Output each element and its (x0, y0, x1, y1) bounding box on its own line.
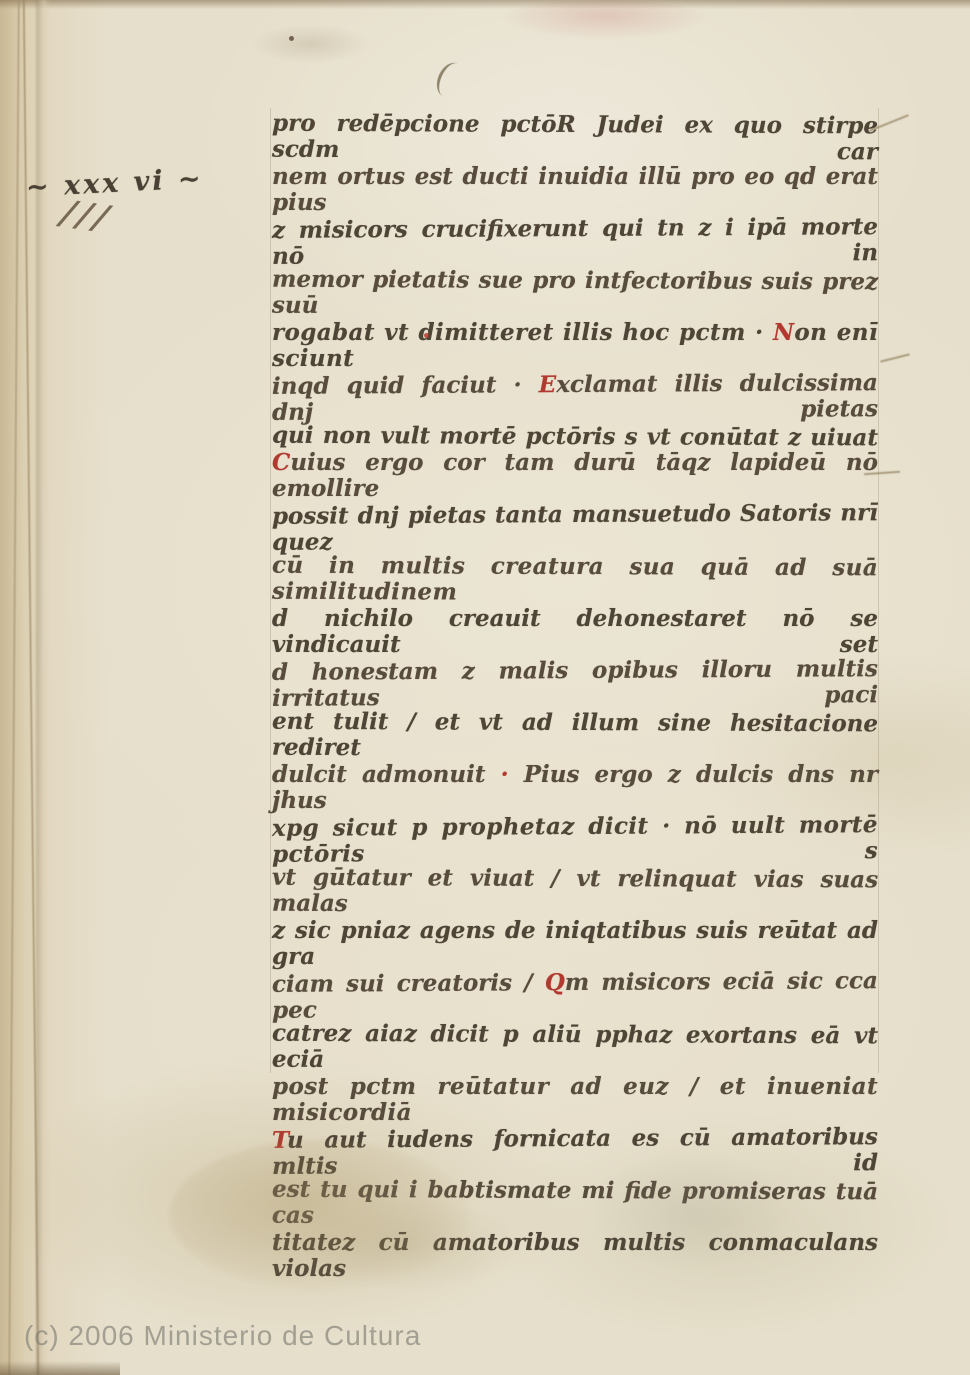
ruling-line-left (270, 108, 271, 1073)
page-bottom-edge-shadow (0, 1361, 120, 1375)
rubricated-initial: N (773, 319, 794, 346)
manuscript-line: d honestam z malis opibus illoru multis … (272, 656, 878, 712)
red-ink-offset-stain (500, 0, 710, 40)
line-text: ciam sui creatoris / (272, 969, 545, 998)
rubricated-initial: · (485, 761, 523, 788)
ruling-line-right (878, 108, 879, 1073)
folio-number: ~ xxx vi ~ (25, 164, 196, 204)
manuscript-line: z misicors crucifixerunt qui tn z i ipā … (272, 214, 878, 270)
line-text: d nichilo creauit dehonestaret nō se vin… (272, 605, 878, 658)
line-text: vt gūtatur et viuat / vt relinquat vias … (272, 864, 878, 917)
manuscript-line: Cuius ergo cor tam durū tāqz lapideū nō … (272, 450, 878, 502)
top-smudge (250, 24, 370, 64)
text-block: pro redēpcione pctōR Judei ex quo stirpe… (272, 112, 878, 1064)
manuscript-line: Tu aut iudens fornicata es cū amatoribus… (272, 1124, 878, 1180)
line-text: d honestam z malis opibus illoru multis … (272, 655, 878, 712)
line-text: nem ortus est ducti inuidia illū pro eo … (272, 163, 878, 216)
pen-flourish-mark (432, 58, 469, 101)
manuscript-line: catrez aiaz dicit p aliū pphaz exortans … (272, 1021, 878, 1076)
manuscript-line: vt gūtatur et viuat / vt relinquat vias … (272, 865, 878, 920)
manuscript-line: titatez cū amatoribus multis conmaculans… (272, 1230, 878, 1282)
manuscript-line: est tu qui i babtismate mi fide promiser… (272, 1177, 878, 1232)
margin-pen-stroke (880, 353, 910, 362)
line-text: inqd quid faciut · (272, 371, 539, 400)
manuscript-line: z sic pniaz agens de iniqtatibus suis re… (272, 918, 878, 970)
manuscript-line: pro redēpcione pctōR Judei ex quo stirpe… (272, 111, 878, 166)
manuscript-line: xpg sicut p prophetaz dicit · nō uult mo… (272, 812, 878, 868)
red-ink-dot (424, 333, 429, 338)
manuscript-line: rogabat vt dimitteret illis hoc pctm · N… (272, 320, 878, 372)
line-text: uius ergo cor tam durū tāqz lapideū nō e… (272, 449, 878, 502)
manuscript-line: ciam sui creatoris / Qm misicors eciā si… (272, 968, 878, 1024)
manuscript-line: post pctm reūtatur ad euz / et inueniat … (272, 1074, 878, 1126)
line-text: xpg sicut p prophetaz dicit · nō uult mo… (272, 811, 878, 868)
rubricated-initial: C (272, 449, 290, 476)
manuscript-line: qui non vult mortē pctōris s vt conūtat … (272, 423, 878, 452)
manuscript-line: d nichilo creauit dehonestaret nō se vin… (272, 606, 878, 658)
manuscript-page-scan: ~ xxx vi ~ /// pro redēpcione pctōR Jude… (0, 0, 970, 1375)
manuscript-line: dulcit admonuit · Pius ergo z dulcis dns… (272, 762, 878, 814)
line-text: z sic pniaz agens de iniqtatibus suis re… (272, 917, 878, 970)
rubricated-initial: E (539, 371, 557, 398)
line-text: est tu qui i babtismate mi fide promiser… (272, 1176, 878, 1229)
manuscript-line: possit dnj pietas tanta mansuetudo Sator… (272, 500, 878, 556)
copyright-watermark: (c) 2006 Ministerio de Cultura (24, 1320, 421, 1352)
rubricated-initial: T (272, 1127, 287, 1154)
line-text: u aut iudens fornicata es cū amatoribus … (272, 1123, 878, 1180)
line-text: possit dnj pietas tanta mansuetudo Sator… (272, 499, 878, 556)
line-text: catrez aiaz dicit p aliū pphaz exortans … (272, 1020, 878, 1073)
manuscript-line: ent tulit / et vt ad illum sine hesitaci… (272, 709, 878, 764)
line-text: cū in multis creatura sua quā ad suā sim… (272, 552, 878, 606)
line-text: pro redēpcione pctōR Judei ex quo stirpe… (272, 110, 878, 166)
rubricated-initial: Q (545, 969, 565, 996)
line-text: memor pietatis sue pro intfectoribus sui… (272, 266, 878, 319)
line-text: z misicors crucifixerunt qui tn z i ipā … (272, 213, 878, 270)
line-text: ent tulit / et vt ad illum sine hesitaci… (272, 708, 878, 761)
line-text: qui non vult mortē pctōris s vt conūtat … (272, 422, 878, 452)
line-text: dulcit admonuit (272, 761, 485, 788)
manuscript-line: cū in multis creatura sua quā ad suā sim… (272, 553, 878, 608)
manuscript-line: memor pietatis sue pro intfectoribus sui… (272, 267, 878, 322)
line-text: post pctm reūtatur ad euz / et inueniat … (272, 1073, 878, 1126)
ink-dot (289, 36, 294, 41)
binding-crease (8, 0, 20, 1375)
manuscript-line: inqd quid faciut · Exclamat illis dulcis… (272, 370, 878, 426)
line-text: titatez cū amatoribus multis conmaculans… (272, 1229, 878, 1282)
binding-groove-shadow (36, 0, 50, 1375)
line-text: rogabat vt dimitteret illis hoc pctm · (272, 319, 773, 346)
manuscript-line: nem ortus est ducti inuidia illū pro eo … (272, 164, 878, 216)
